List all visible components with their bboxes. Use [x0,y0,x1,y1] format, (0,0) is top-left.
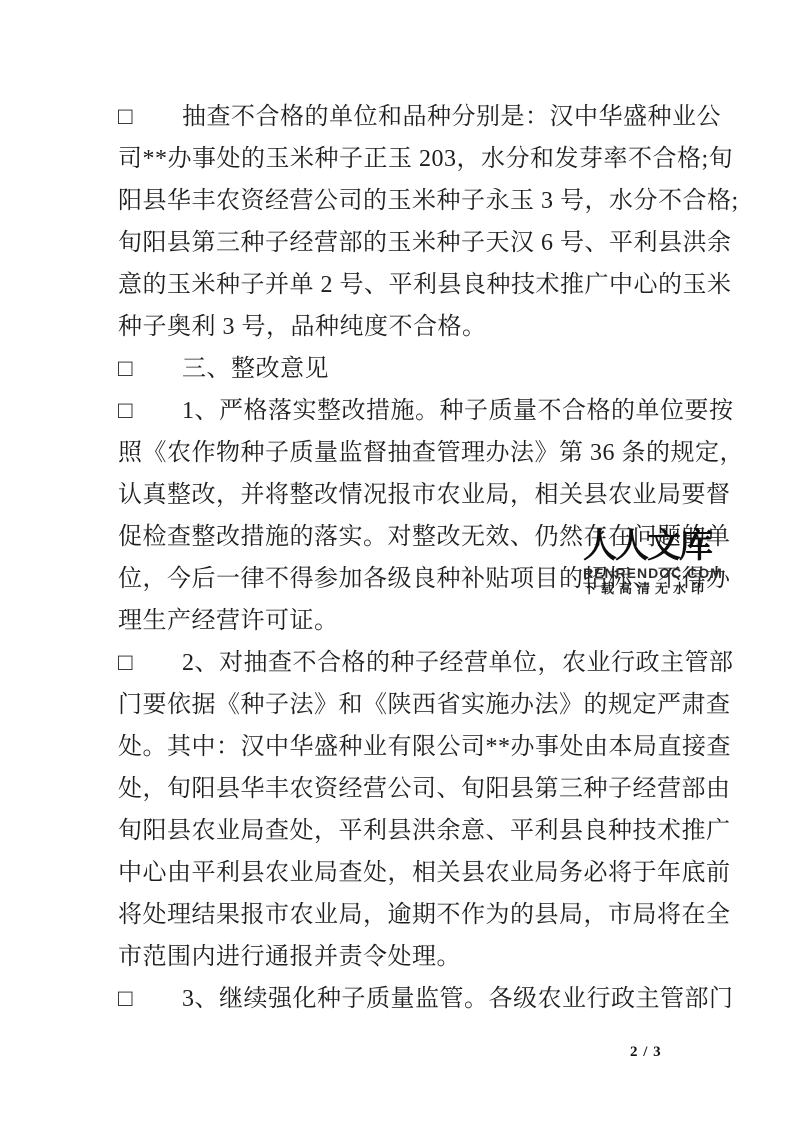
doc-text-line: 旬阳县第三种子经营部的玉米种子天汉 6 号、平利县洪余 [118,222,718,264]
document-page: □ 抽查不合格的单位和品种分别是：汉中华盛种业公 司**办事处的玉米种子正玉 2… [0,0,800,1132]
doc-text-line: □ 2、对抽查不合格的种子经营单位，农业行政主管部 [118,642,718,684]
doc-section-heading: □ 三、整改意见 [118,348,718,390]
doc-text-line: 认真整改，并将整改情况报市农业局，相关县农业局要督 [118,474,718,516]
watermark-tagline: 下载高清无水印 [583,581,798,597]
doc-text-line: 司**办事处的玉米种子正玉 203，水分和发芽率不合格;旬 [118,138,718,180]
doc-text-line: 门要依据《种子法》和《陕西省实施办法》的规定严肃查 [118,684,718,726]
doc-text-line: 中心由平利县农业局查处，相关县农业局务必将于年底前 [118,852,718,894]
doc-text-line: 市范围内进行通报并责令处理。 [118,936,718,978]
doc-text-line: □ 1、严格落实整改措施。种子质量不合格的单位要按 [118,390,718,432]
doc-text-line: 意的玉米种子并单 2 号、平利县良种技术推广中心的玉米 [118,264,718,306]
doc-text-line: 处，旬阳县华丰农资经营公司、旬阳县第三种子经营部由 [118,768,718,810]
doc-text-line: 种子奥利 3 号，品种纯度不合格。 [118,306,718,348]
doc-text-line: □ 3、继续强化种子质量监管。各级农业行政主管部门 [118,978,718,1020]
doc-text-line: 理生产经营许可证。 [118,600,718,642]
doc-text-line: 旬阳县农业局查处，平利县洪余意、平利县良种技术推广 [118,810,718,852]
doc-text-line: □ 抽查不合格的单位和品种分别是：汉中华盛种业公 [118,96,718,138]
doc-text-line: 照《农作物种子质量监督抽查管理办法》第 36 条的规定， [118,432,718,474]
doc-text-line: 处。其中：汉中华盛种业有限公司**办事处由本局直接查 [118,726,718,768]
watermark-site-domain: RENRENDOC.COM [583,565,798,581]
doc-text-line: 将处理结果报市农业局，逾期不作为的县局，市局将在全 [118,894,718,936]
site-watermark: 人人文库 RENRENDOC.COM 下载高清无水印 [583,529,798,597]
watermark-site-name: 人人文库 [583,529,798,565]
doc-text-line: 阳县华丰农资经营公司的玉米种子永玉 3 号，水分不合格; [118,180,718,222]
page-number-indicator: 2 / 3 [630,1044,662,1061]
